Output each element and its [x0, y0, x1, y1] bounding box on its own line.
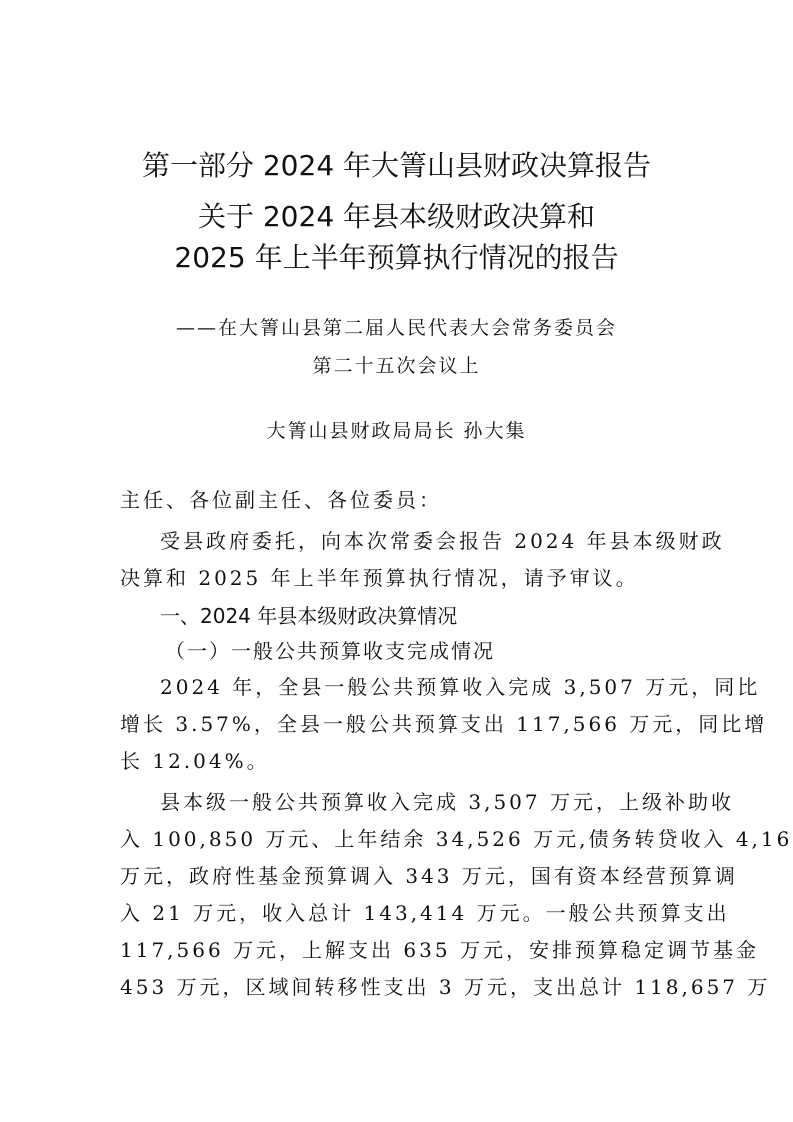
- salutation: 主任、各位副主任、各位委员：: [120, 486, 442, 514]
- section-heading: 一、2024 年县本级财政决算情况: [160, 602, 457, 630]
- subtitle-line-2: 第二十五次会议上: [0, 352, 793, 380]
- paragraph-2-line-1: 县本级一般公共预算收入完成 3,507 万元，上级补助收: [160, 788, 734, 816]
- intro-line-1: 受县政府委托，向本次常委会报告 2024 年县本级财政: [160, 527, 725, 555]
- paragraph-1-line-1: 2024 年，全县一般公共预算收入完成 3,507 万元，同比: [160, 673, 760, 701]
- subsection-heading: （一）一般公共预算收支完成情况: [165, 637, 495, 665]
- paragraph-2-line-5: 117,566 万元，上解支出 635 万元，安排预算稳定调节基金: [120, 936, 759, 964]
- part-title: 第一部分 2024 年大箐山县财政决算报告: [0, 148, 793, 184]
- paragraph-2-line-3: 万元，政府性基金预算调入 343 万元，国有资本经营预算调: [120, 862, 738, 890]
- paragraph-2-line-2: 入 100,850 万元、上年结余 34,526 万元,债务转贷收入 4,167: [120, 825, 793, 853]
- report-title-line-1: 关于 2024 年县本级财政决算和: [0, 199, 793, 235]
- paragraph-1-line-2: 增长 3.57%，全县一般公共预算支出 117,566 万元，同比增: [120, 710, 767, 738]
- paragraph-1-line-3: 长 12.04%。: [120, 747, 270, 775]
- document-page: 第一部分 2024 年大箐山县财政决算报告 关于 2024 年县本级财政决算和 …: [0, 0, 793, 1122]
- author-line: 大箐山县财政局局长 孙大集: [0, 417, 793, 445]
- paragraph-2-line-4: 入 21 万元，收入总计 143,414 万元。一般公共预算支出: [120, 899, 730, 927]
- report-title-line-2: 2025 年上半年预算执行情况的报告: [0, 240, 793, 276]
- paragraph-2-line-6: 453 万元，区域间转移性支出 3 万元，支出总计 118,657 万: [120, 973, 770, 1001]
- subtitle-line-1: ——在大箐山县第二届人民代表大会常务委员会: [0, 314, 793, 342]
- intro-line-2: 决算和 2025 年上半年预算执行情况，请予审议。: [120, 564, 639, 592]
